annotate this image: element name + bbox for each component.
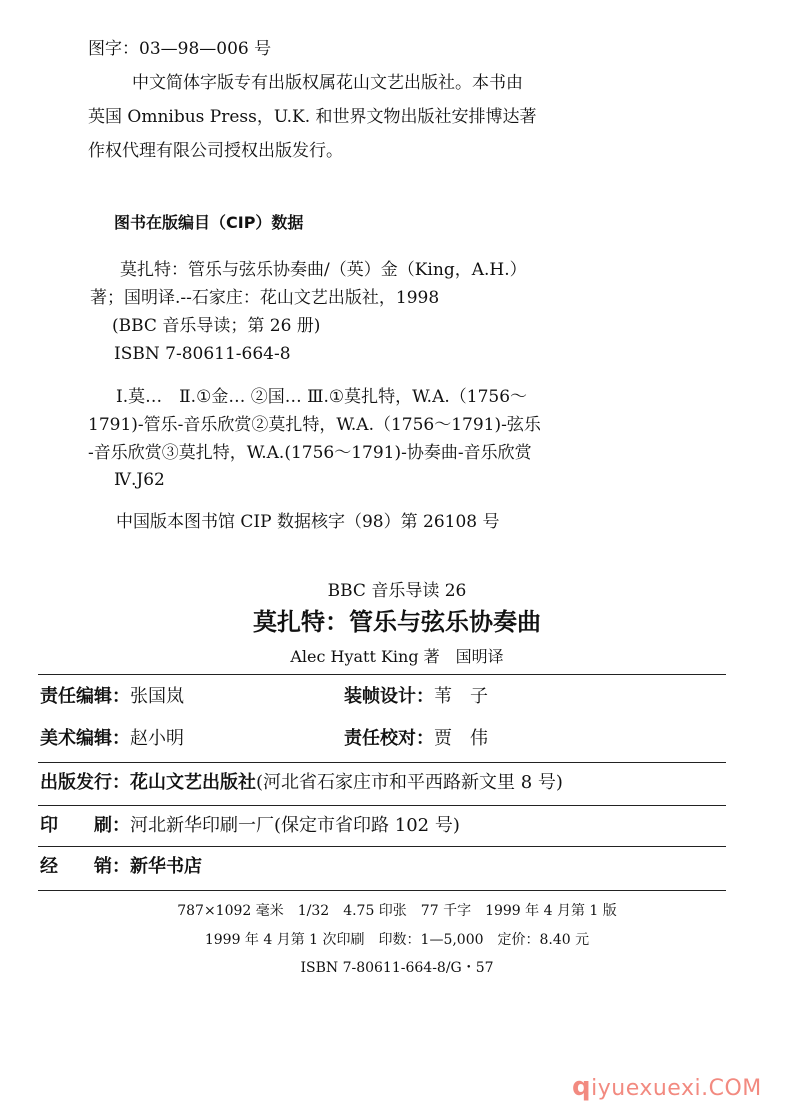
copyright-registration: 图字：03—98—006 号 <box>88 34 271 64</box>
cip-series-line: (BBC 音乐导读；第 26 册) <box>112 311 320 341</box>
series-name: BBC 音乐导读 26 <box>0 576 794 606</box>
cip-isbn: ISBN 7-80611-664-8 <box>114 339 291 369</box>
divider <box>38 805 726 806</box>
cip-subjects-line: Ⅰ.莫… Ⅱ.①金… ②国… Ⅲ.①莫扎特，W.A.（1756～ <box>116 382 527 412</box>
divider <box>38 846 726 847</box>
divider <box>38 762 726 763</box>
credit-art-editor: 美术编辑：赵小明 <box>40 724 184 754</box>
specs-line: 1999 年 4 月第 1 次印刷 印数：1—5,000 定价：8.40 元 <box>0 928 794 952</box>
rights-notice-line: 作权代理有限公司授权出版发行。 <box>88 136 343 166</box>
credit-value: 河北新华印刷一厂(保定市省印路 102 号) <box>130 815 460 836</box>
credit-label: 经 销： <box>40 856 130 877</box>
credit-label: 美术编辑： <box>40 728 130 749</box>
divider <box>38 890 726 891</box>
cip-subjects-line: 1791)-管乐-音乐欣赏②莫扎特，W.A.（1756～1791)-弦乐 <box>88 410 541 440</box>
credit-publisher: 出版发行：花山文艺出版社(河北省石家庄市和平西路新文里 8 号) <box>40 768 563 798</box>
specs-line: 787×1092 毫米 1/32 4.75 印张 77 千字 1999 年 4 … <box>0 899 794 923</box>
credit-proofread: 责任校对：贾 伟 <box>344 724 488 754</box>
cip-heading: 图书在版编目（CIP）数据 <box>114 208 303 238</box>
publisher-name: 花山文艺出版社 <box>130 772 256 793</box>
book-authors: Alec Hyatt King 著 国明译 <box>0 642 794 672</box>
credit-value: 苇 子 <box>434 686 488 707</box>
credit-value: 赵小明 <box>130 728 184 749</box>
credit-design: 装帧设计：苇 子 <box>344 682 488 712</box>
cip-verification-number: 中国版本图书馆 CIP 数据核字（98）第 26108 号 <box>116 507 500 537</box>
credit-distributor: 经 销：新华书店 <box>40 852 202 882</box>
divider <box>38 674 726 675</box>
credit-label: 装帧设计： <box>344 686 434 707</box>
credit-label: 出版发行： <box>40 772 130 793</box>
specs-isbn: ISBN 7-80611-664-8/G・57 <box>0 956 794 980</box>
cip-entry-line: 著；国明译.--石家庄：花山文艺出版社，1998 <box>90 283 439 313</box>
watermark-text: iyuexuexi.COM <box>591 1076 762 1101</box>
watermark-logo: qiyuexuexi.COM <box>572 1072 762 1102</box>
credit-printer: 印 刷：河北新华印刷一厂(保定市省印路 102 号) <box>40 811 460 841</box>
credit-value: 张国岚 <box>130 686 184 707</box>
book-title: 莫扎特：管乐与弦乐协奏曲 <box>0 605 794 639</box>
credit-label: 印 刷： <box>40 815 130 836</box>
cip-subjects-line: -音乐欣赏③莫扎特，W.A.(1756～1791)-协奏曲-音乐欣赏 <box>88 438 532 468</box>
rights-notice-line: 中文简体字版专有出版权属花山文艺出版社。本书由 <box>132 68 523 98</box>
watermark-q: q <box>572 1072 591 1102</box>
rights-notice-line: 英国 Omnibus Press，U.K. 和世界文物出版社安排博达著 <box>88 102 537 132</box>
credit-editor: 责任编辑：张国岚 <box>40 682 184 712</box>
credit-label: 责任编辑： <box>40 686 130 707</box>
credit-label: 责任校对： <box>344 728 434 749</box>
publisher-address: (河北省石家庄市和平西路新文里 8 号) <box>256 772 563 793</box>
cip-classification: Ⅳ.J62 <box>114 465 165 495</box>
credit-value: 新华书店 <box>130 856 202 877</box>
cip-entry-line: 莫扎特：管乐与弦乐协奏曲/（英）金（King，A.H.） <box>120 255 527 285</box>
credit-value: 贾 伟 <box>434 728 488 749</box>
